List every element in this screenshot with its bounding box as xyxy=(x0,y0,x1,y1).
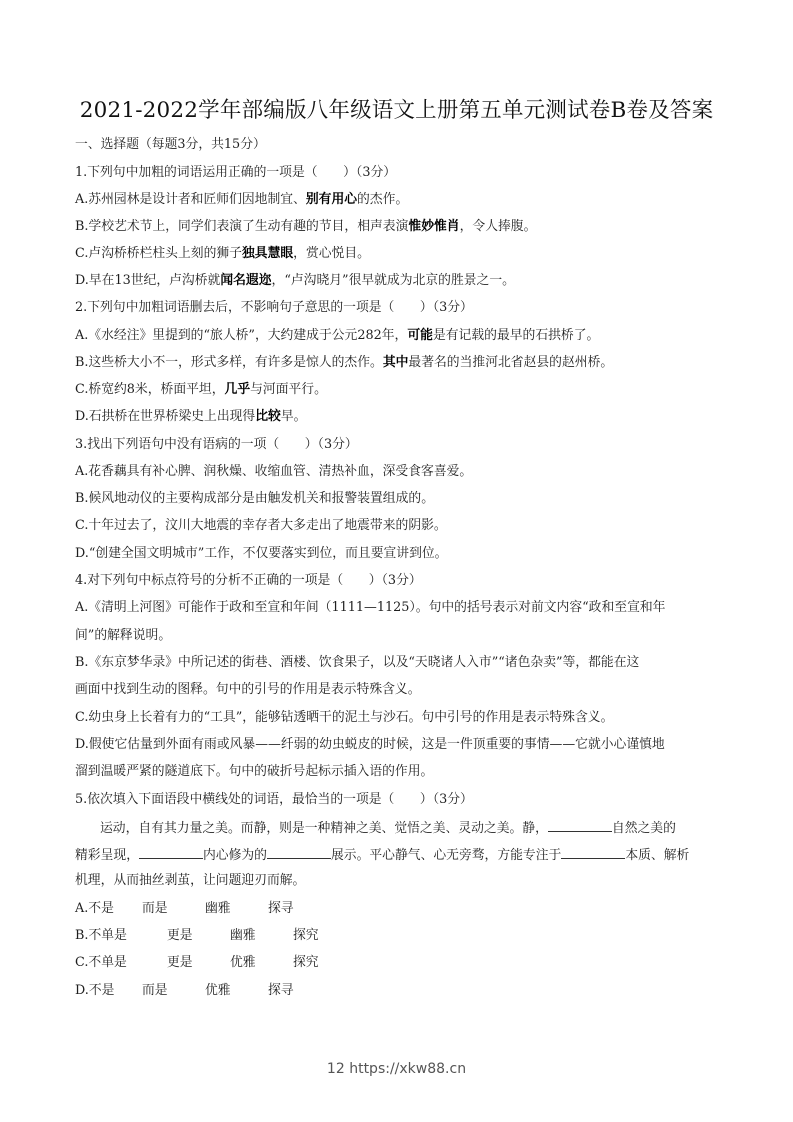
question-5-passage-line3: 机理，从而抽丝剥茧，让问题迎刃而解。 xyxy=(75,873,305,889)
fill-blank-2 xyxy=(139,846,203,859)
question-5-passage-line2: 精彩呈现，内心修为的展示。平心静气、心无旁骛，方能专注于本质、解析 xyxy=(75,846,689,864)
question-3-stem: 3.找出下列语句中没有语病的一项（ ）（3分） xyxy=(75,437,358,453)
question-1-option-b: B.学校艺术节上，同学们表演了生动有趣的节目，相声表演惟妙惟肖，令人捧腹。 xyxy=(75,219,536,235)
question-2-option-d: D.石拱桥在世界桥梁史上出现得比较早。 xyxy=(75,409,306,425)
page-number: 12 xyxy=(327,1061,345,1077)
question-4-option-a-line1: A.《清明上河图》可能作于政和至宣和年间（1111—1125）。句中的括号表示对… xyxy=(75,600,665,616)
fill-blank-3 xyxy=(267,846,331,859)
question-3-option-b: B.候风地动仪的主要构成部分是由触发机关和报警装置组成的。 xyxy=(75,491,434,507)
question-1-option-d: D.早在13世纪，卢沟桥就闻名遐迩，“卢沟晓月”很早就成为北京的胜景之一。 xyxy=(75,273,515,289)
question-2-stem: 2.下列句中加粗词语删去后，不影响句子意思的一项是（ ）（3分） xyxy=(75,300,473,316)
question-4-option-d-line2: 溜到温暖严紧的隧道底下。句中的破折号起标示插入语的作用。 xyxy=(75,764,433,780)
question-1-option-c: C.卢沟桥桥栏柱头上刻的狮子独具慧眼，赏心悦目。 xyxy=(75,246,370,262)
question-5-passage-line1: 运动，自有其力量之美。而静，则是一种精神之美、觉悟之美、灵动之美。静，自然之美的 xyxy=(100,819,676,837)
question-4-option-c: C.幼虫身上长着有力的“工具”，能够钻透晒干的泥土与沙石。句中引号的作用是表示特… xyxy=(75,710,613,726)
source-url: https://xkw88.cn xyxy=(349,1061,466,1077)
question-3-option-d: D.“创建全国文明城市”工作，不仅要落实到位，而且要宣讲到位。 xyxy=(75,546,447,562)
question-4-option-a-line2: 间”的解释说明。 xyxy=(75,628,171,644)
fill-blank-1 xyxy=(548,819,612,832)
question-3-option-c: C.十年过去了，汶川大地震的幸存者大多走出了地震带来的阴影。 xyxy=(75,518,447,534)
question-5-option-b: B.不单是更是幽雅探究 xyxy=(75,928,319,944)
question-2-option-c: C.桥宽约8米，桥面平坦，几乎与河面平行。 xyxy=(75,382,327,398)
section-heading: 一、选择题（每题3分，共15分） xyxy=(75,137,266,153)
question-4-option-b-line1: B.《东京梦华录》中所记述的街巷、酒楼、饮食果子，以及“天晓诸人入市”“诸色杂卖… xyxy=(75,655,639,671)
question-4-option-d-line1: D.假使它估量到外面有雨或风暴——纤弱的幼虫蜕皮的时候，这是一件顶重要的事情——… xyxy=(75,737,665,753)
document-page: 2021-2022学年部编版八年级语文上册第五单元测试卷B卷及答案 一、选择题（… xyxy=(0,0,793,1122)
question-1-option-a: A.苏州园林是设计者和匠师们因地制宜、别有用心的杰作。 xyxy=(75,192,408,208)
question-5-option-c: C.不单是更是优雅探究 xyxy=(75,955,319,971)
question-4-stem: 4.对下列句中标点符号的分析不正确的一项是（ ）（3分） xyxy=(75,573,422,589)
question-5-stem: 5.依次填入下面语段中横线处的词语，最恰当的一项是（ ）（3分） xyxy=(75,792,473,808)
fill-blank-4 xyxy=(561,846,625,859)
question-4-option-b-line2: 画面中找到生动的图释。句中的引号的作用是表示特殊含义。 xyxy=(75,682,421,698)
question-5-option-a: A.不是而是幽雅探寻 xyxy=(75,901,294,917)
page-footer: 12 https://xkw88.cn xyxy=(0,1061,793,1077)
question-1-stem: 1.下列句中加粗的词语运用正确的一项是（ ）（3分） xyxy=(75,165,396,181)
question-5-option-d: D.不是而是优雅探寻 xyxy=(75,983,294,999)
question-2-option-b: B.这些桥大小不一，形式多样，有许多是惊人的杰作。其中最著名的当推河北省赵县的赵… xyxy=(75,355,613,371)
question-3-option-a: A.花香藕具有补心脾、润秋燥、收缩血管、清热补血，深受食客喜爱。 xyxy=(75,464,472,480)
page-title: 2021-2022学年部编版八年级语文上册第五单元测试卷B卷及答案 xyxy=(0,93,793,124)
question-2-option-a: A.《水经注》里提到的“旅人桥”，大约建成于公元282年，可能是有记载的最早的石… xyxy=(75,328,599,344)
